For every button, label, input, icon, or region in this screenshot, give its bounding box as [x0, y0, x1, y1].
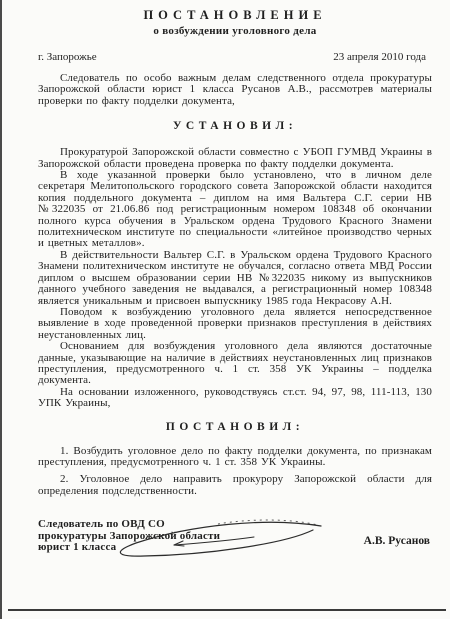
doc-title: ПОСТАНОВЛЕНИЕ: [38, 8, 432, 23]
signature-flourish: [106, 516, 331, 562]
scan-bottom-edge-line: [8, 609, 446, 611]
established-paragraph: Основанием для возбуждения уголовного де…: [38, 341, 432, 387]
intro-paragraph: Следователь по особо важным делам следст…: [38, 73, 432, 107]
resolution-item: 1. Возбудить уголовное дело по факту под…: [38, 446, 432, 469]
doc-subtitle: о возбуждении уголовного дела: [38, 25, 432, 38]
document-page: ПОСТАНОВЛЕНИЕ о возбуждении уголовного д…: [0, 0, 450, 619]
scan-left-edge-line: [0, 0, 2, 619]
date-label: 23 апреля 2010 года: [333, 51, 426, 64]
established-paragraph: Поводом к возбуждению уголовного дела яв…: [38, 307, 432, 341]
section-heading-established: УСТАНОВИЛ:: [38, 119, 432, 133]
place-date-row: г. Запорожье 23 апреля 2010 года: [38, 51, 432, 64]
established-paragraph: В действительности Вальтер С.Г. в Уральс…: [38, 250, 432, 307]
established-paragraph: В ходе указанной проверки было установле…: [38, 170, 432, 250]
established-paragraph: Прокуратурой Запорожской области совмест…: [38, 147, 432, 170]
established-paragraph: На основании изложенного, руководствуясь…: [38, 387, 432, 410]
resolution-item: 2. Уголовное дело направить прокурору За…: [38, 474, 432, 497]
document-content: ПОСТАНОВЛЕНИЕ о возбуждении уголовного д…: [38, 8, 432, 554]
place-label: г. Запорожье: [38, 51, 97, 64]
section-heading-resolved: ПОСТАНОВИЛ:: [38, 420, 432, 434]
signer-name: А.В. Русанов: [364, 536, 430, 548]
